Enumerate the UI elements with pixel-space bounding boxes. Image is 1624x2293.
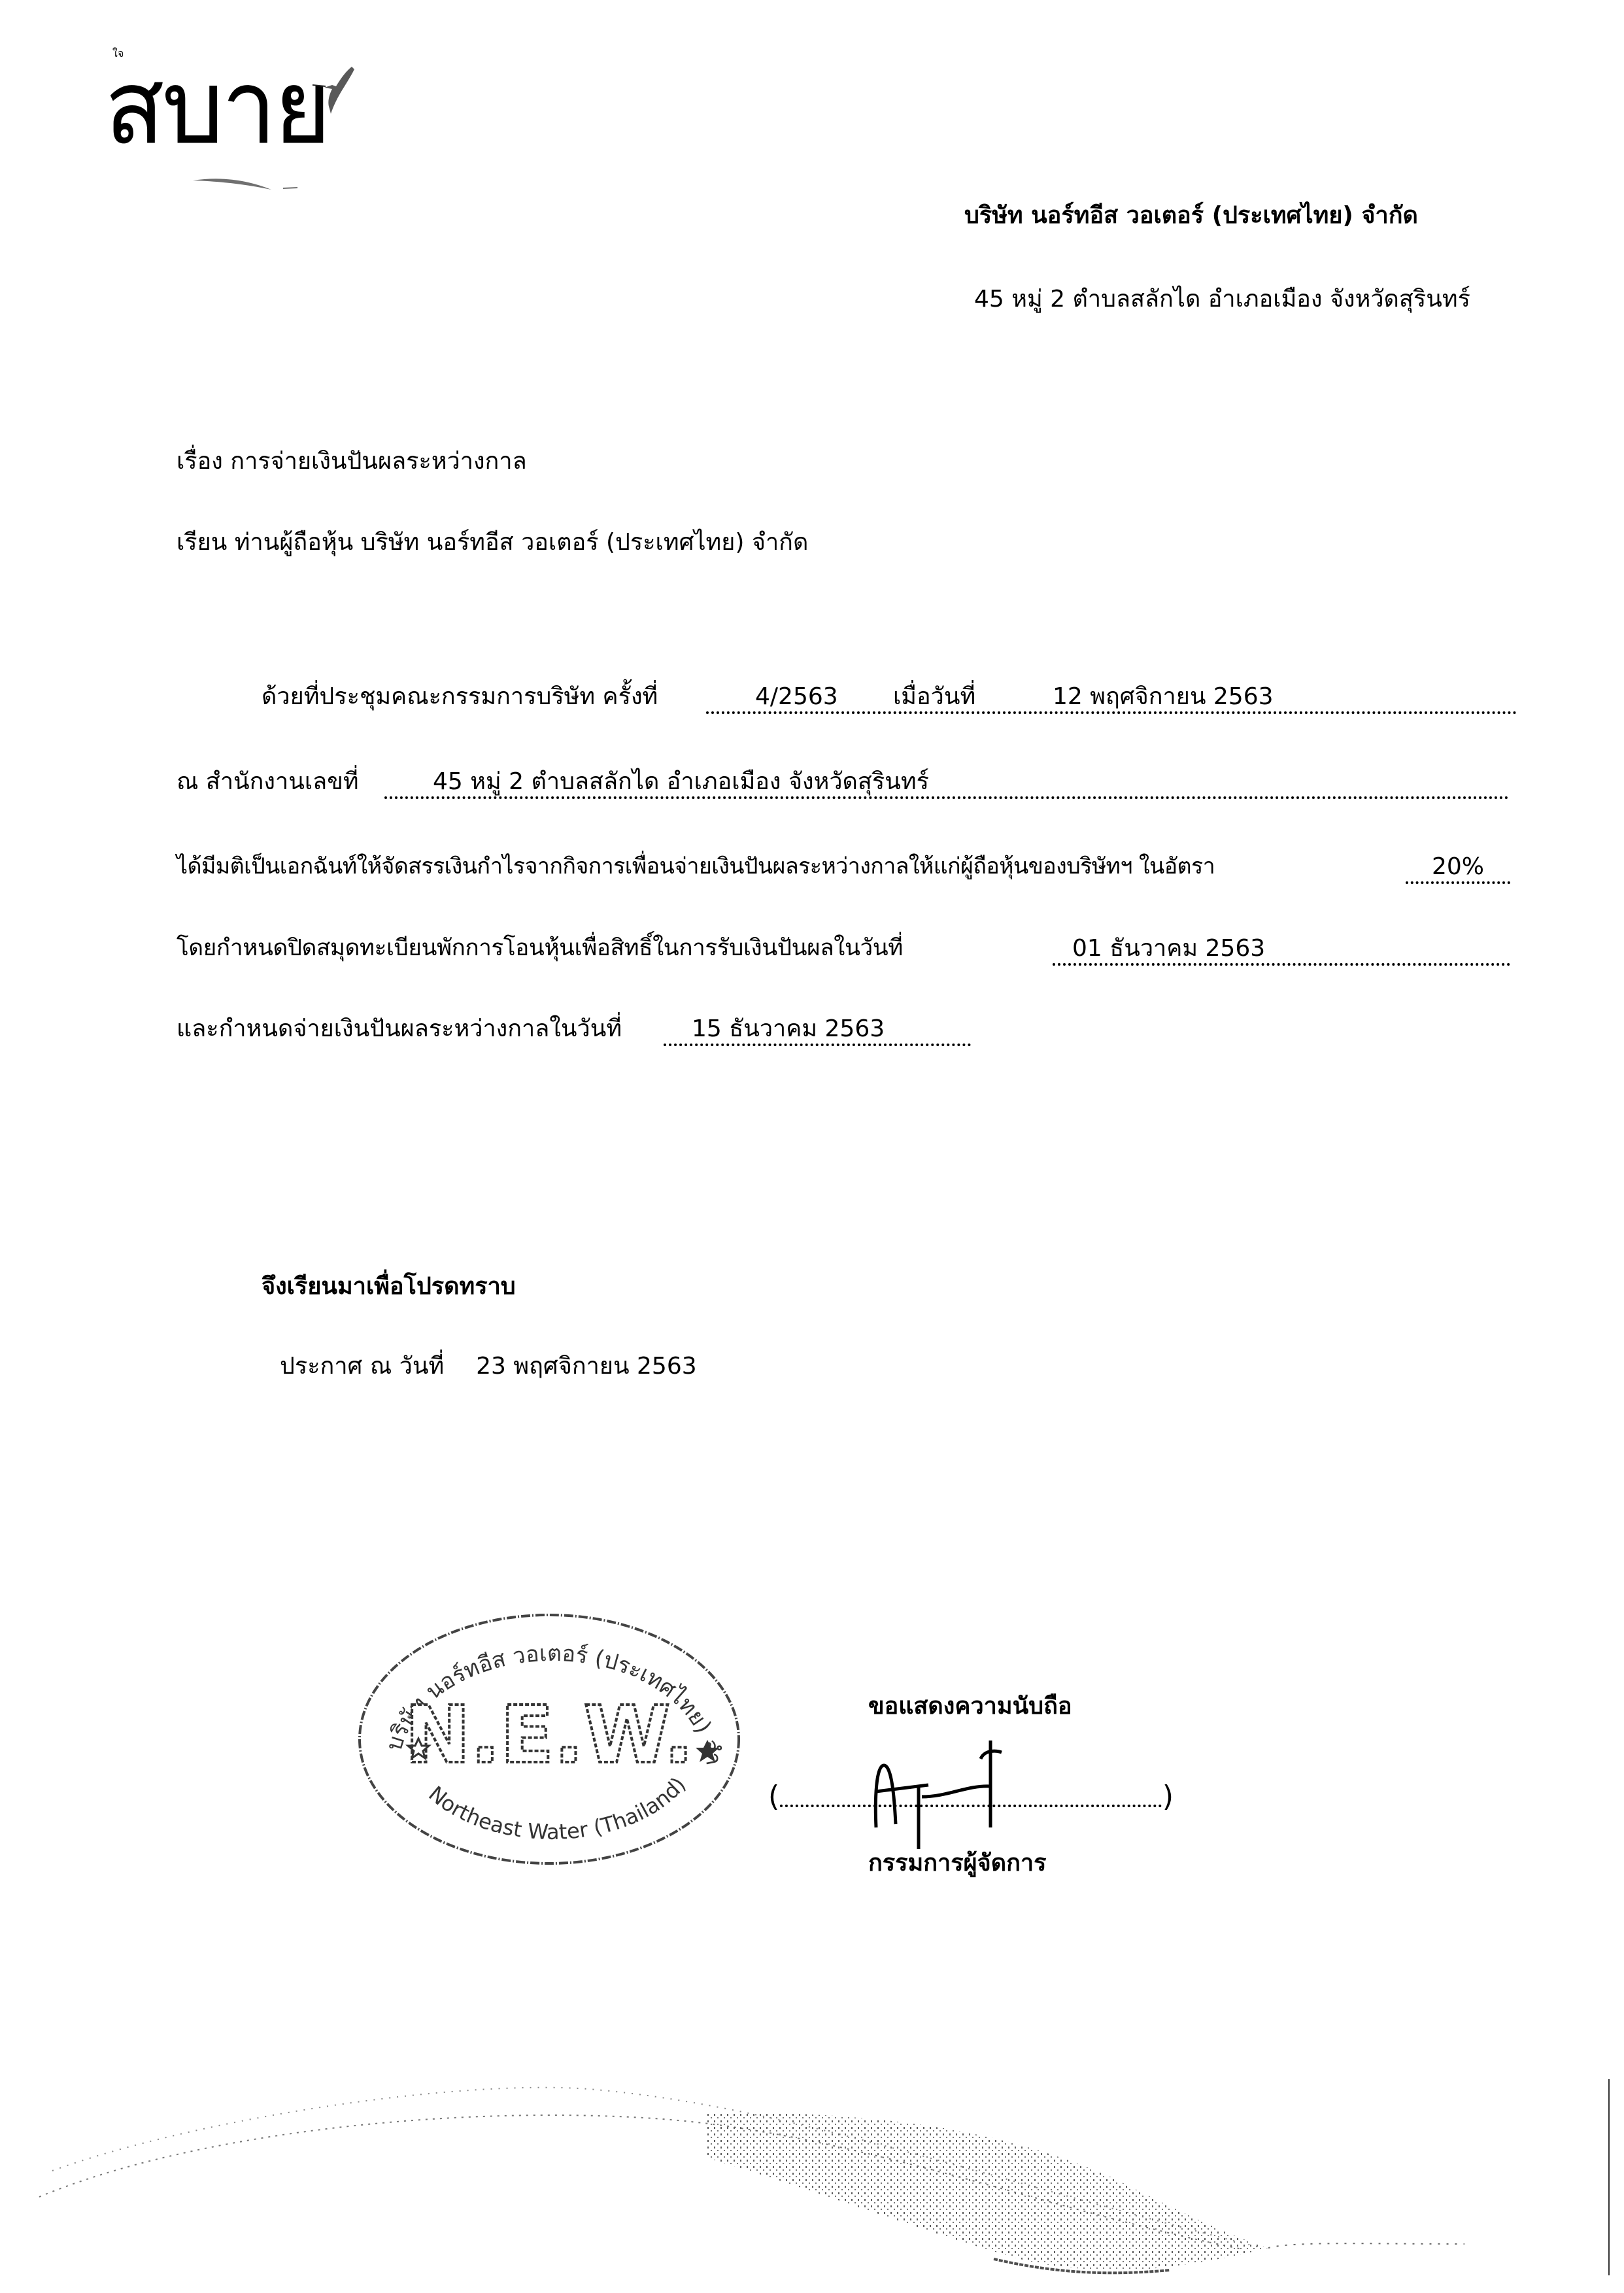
paren-close: ): [1162, 1780, 1174, 1813]
announce-label: ประกาศ ณ วันที่: [280, 1353, 444, 1380]
dotted-leader: [1406, 881, 1510, 884]
paren-open: (: [768, 1780, 779, 1813]
resolution-text: ได้มีมติเป็นเอกฉันท์ให้จัดสรรเงินกำไรจาก…: [177, 855, 1215, 877]
announcement-date-line: ประกาศ ณ วันที่ 23 พฤศจิกายน 2563: [280, 1355, 697, 1378]
company-name: บริษัท นอร์ทอีส วอเตอร์ (ประเทศไทย) จำกั…: [964, 204, 1418, 228]
record-date: 01 ธันวาคม 2563: [1072, 937, 1265, 960]
logo-brand-text: สบาย: [105, 56, 329, 160]
stamp-seal-icon: บริษัท นอร์ทอีส วอเตอร์ (ประเทศไทย) จำกั…: [353, 1605, 745, 1867]
body-line-office: ณ สำนักงานเลขที่ 45 หมู่ 2 ตำบลสลักได อำ…: [177, 765, 1506, 804]
signatory-position: กรรมการผู้จัดการ: [868, 1852, 1046, 1875]
company-stamp: บริษัท นอร์ทอีส วอเตอร์ (ประเทศไทย) จำกั…: [353, 1605, 745, 1867]
company-address: 45 หมู่ 2 ตำบลสลักได อำเภอเมือง จังหวัดส…: [974, 288, 1470, 311]
dotted-leader: [664, 1044, 971, 1046]
body-line-meeting: ด้วยที่ประชุมคณะกรรมการบริษัท ครั้งที่ 4…: [177, 680, 1506, 719]
footer-wave-decoration: [0, 2079, 1624, 2288]
dotted-leader: [384, 796, 1509, 799]
letter-greeting: เรียน ท่านผู้ถือหุ้น บริษัท นอร์ทอีส วอเ…: [177, 531, 808, 554]
leaf-swoosh-icon: [193, 177, 304, 196]
dotted-leader: [1053, 963, 1510, 966]
stamp-center-text: N.E.W.: [405, 1690, 694, 1781]
record-date-label: โดยกำหนดปิดสมุดทะเบียนพักการโอนหุ้นเพื่อ…: [177, 937, 903, 960]
handwritten-signature: [856, 1700, 1053, 1857]
office-label: ณ สำนักงานเลขที่: [177, 770, 359, 794]
body-line-resolution: ได้มีมติเป็นเอกฉันท์ให้จัดสรรเงินกำไรจาก…: [177, 850, 1506, 889]
announce-date: 23 พฤศจิกายน 2563: [476, 1353, 697, 1380]
company-logo: ใจ สบาย: [105, 46, 327, 190]
office-address: 45 หมู่ 2 ตำบลสลักได อำเภอเมือง จังหวัดส…: [433, 770, 929, 794]
meeting-date: 12 พฤศจิกายน 2563: [1053, 685, 1274, 709]
payment-date: 15 ธันวาคม 2563: [692, 1017, 885, 1041]
letter-subject: เรื่อง การจ่ายเงินปันผลระหว่างกาล: [177, 450, 527, 473]
meeting-number: 4/2563: [755, 685, 838, 709]
body-line-record-date: โดยกำหนดปิดสมุดทะเบียนพักการโอนหุ้นเพื่อ…: [177, 932, 1506, 971]
closing-text: จึงเรียนมาเพื่อโปรดทราบ: [262, 1275, 516, 1299]
dividend-rate: 20%: [1432, 855, 1484, 879]
meeting-label: ด้วยที่ประชุมคณะกรรมการบริษัท ครั้งที่: [262, 685, 658, 709]
body-line-payment-date: และกำหนดจ่ายเงินปันผลระหว่างกาลในวันที่ …: [177, 1012, 1506, 1051]
hummingbird-icon: [313, 65, 358, 127]
meeting-date-label: เมื่อวันที่: [890, 685, 978, 709]
page-edge-line: [1608, 2079, 1610, 2275]
dotted-leader: [706, 711, 1517, 714]
payment-date-label: และกำหนดจ่ายเงินปันผลระหว่างกาลในวันที่: [177, 1017, 622, 1041]
